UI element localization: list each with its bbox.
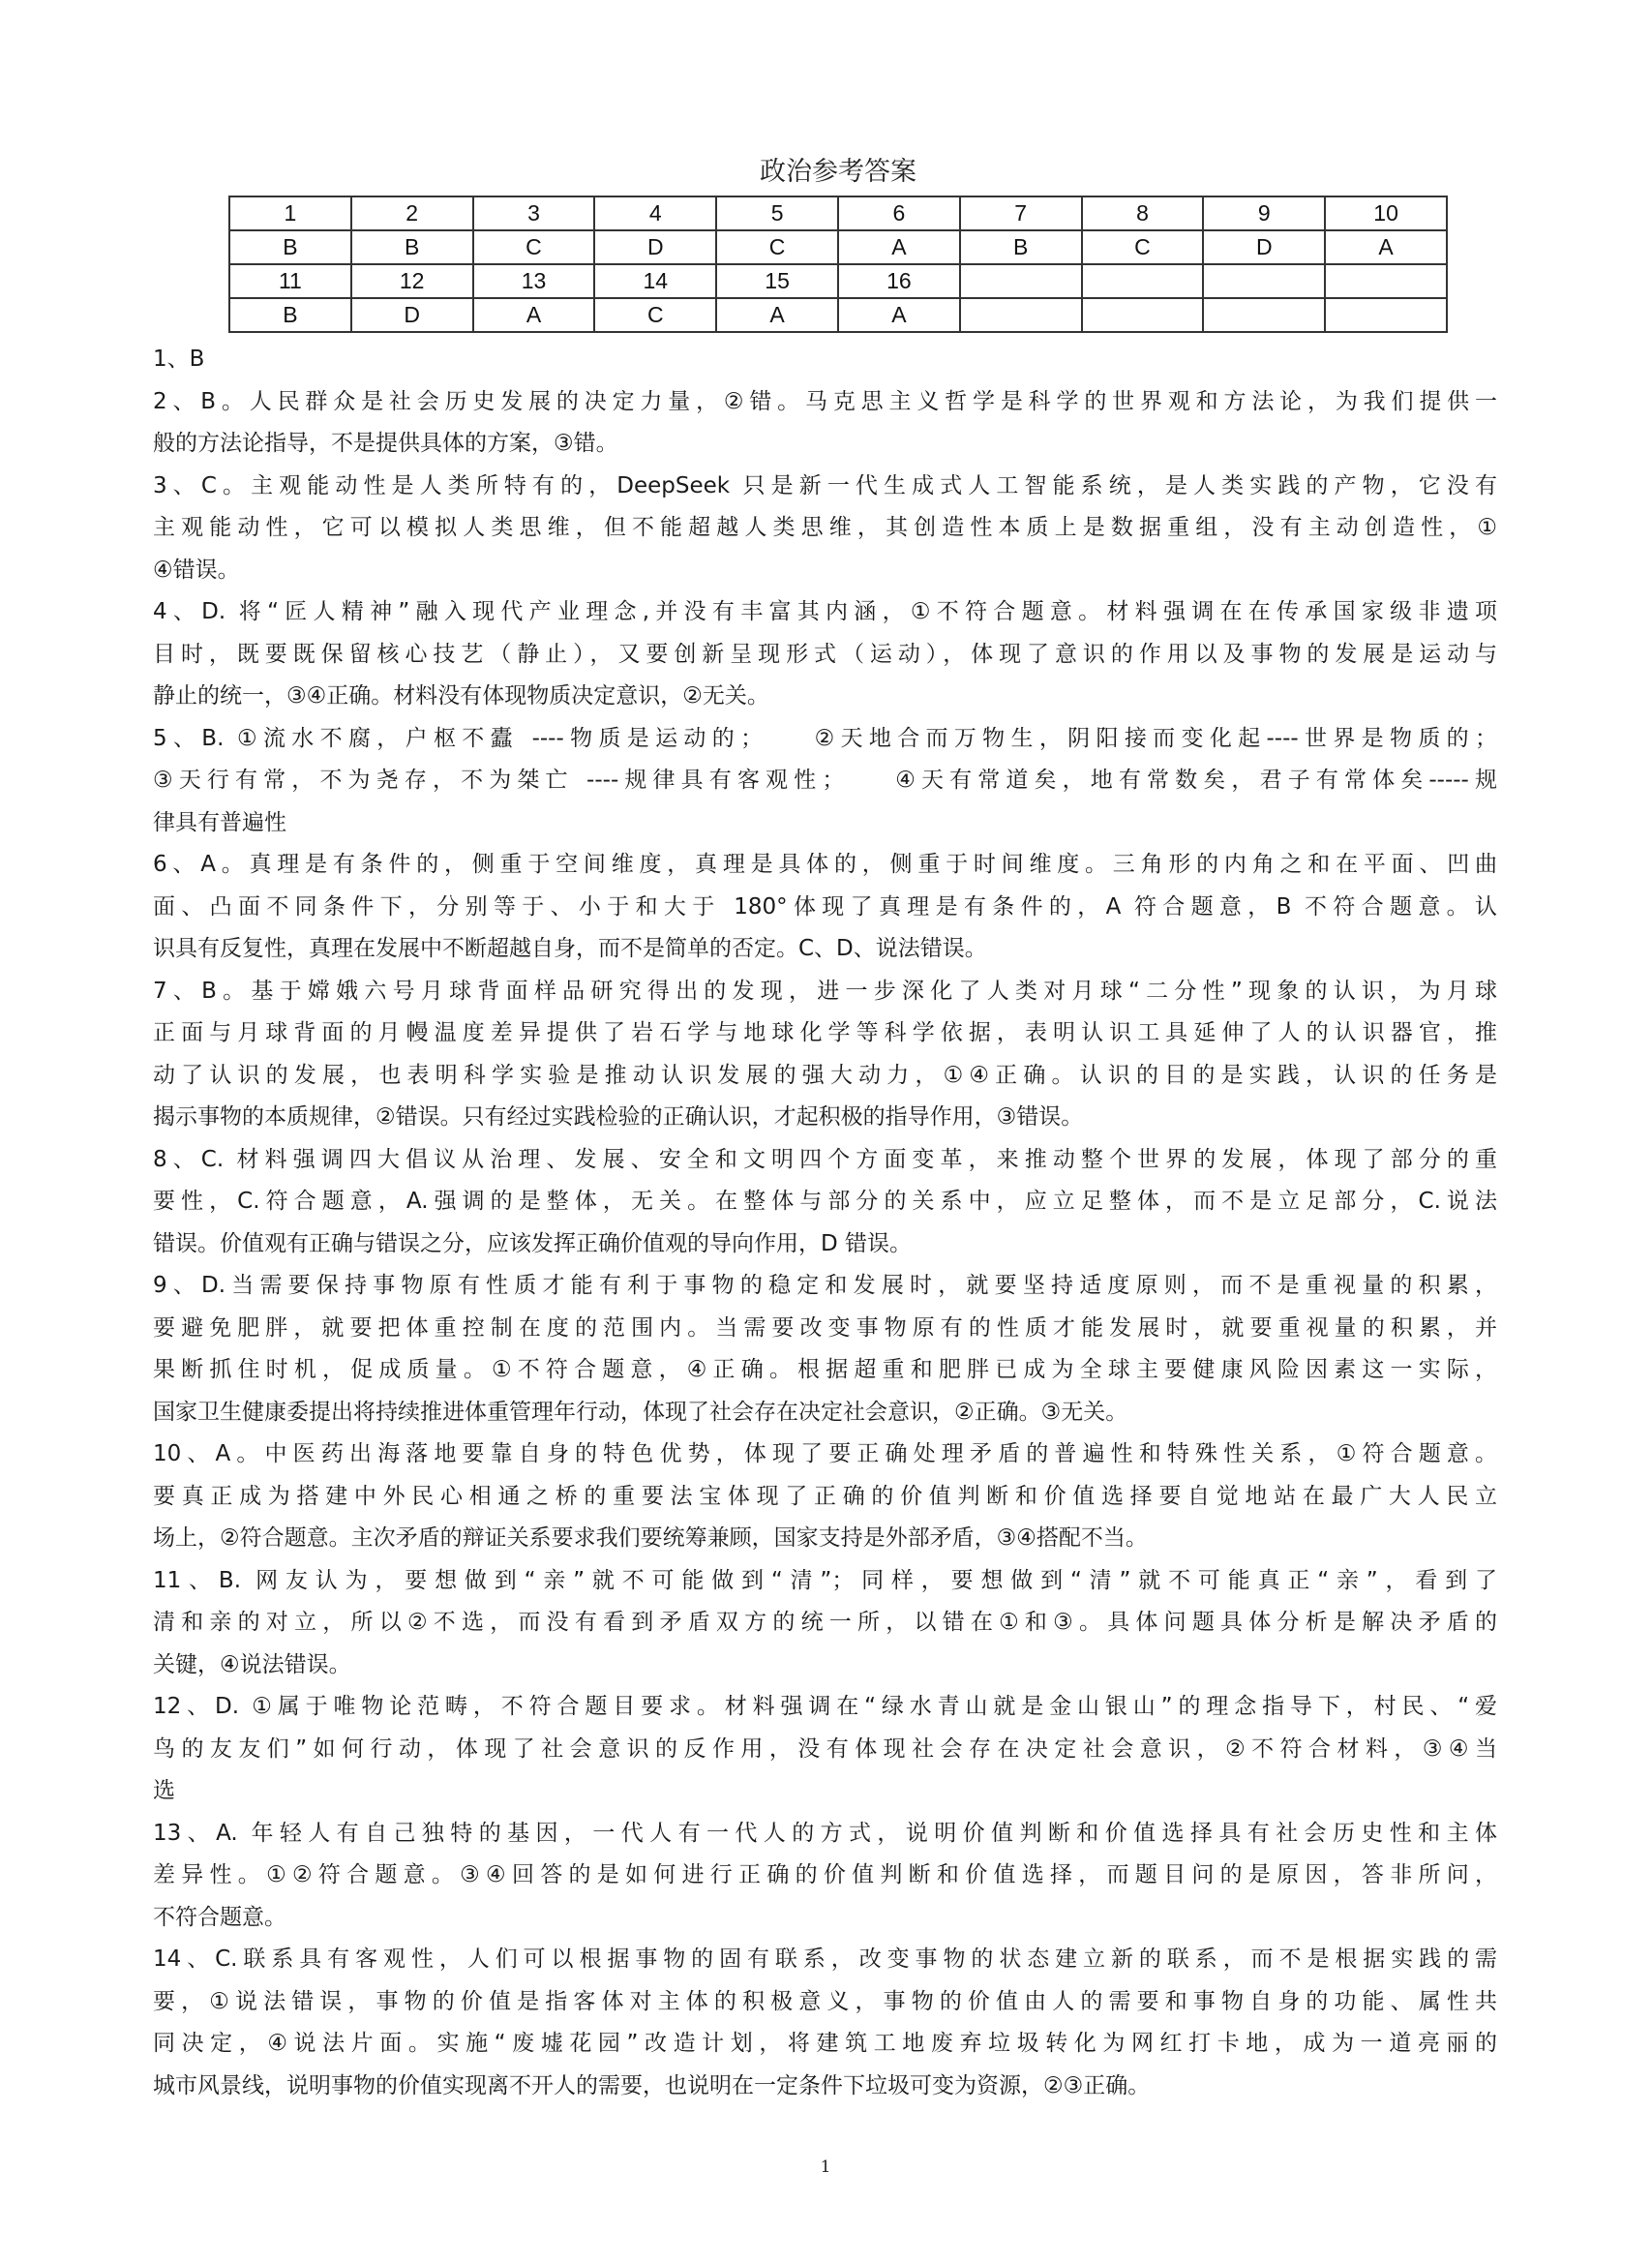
explanation-item-13: 13、A. 年轻人有自己独特的基因，一代人有一代人的方式，说明价值判断和价值选择…: [153, 1813, 1497, 1940]
answer-cell: C: [594, 298, 716, 332]
explanation-line: 1、B: [153, 339, 1497, 381]
explanation-line: 11、B. 网友认为，要想做到“亲”就不可能做到“清”；同样，要想做到“清”就不…: [153, 1560, 1497, 1603]
question-number-cell: 14: [594, 264, 716, 298]
explanation-line: 不符合题意。: [153, 1897, 1497, 1940]
explanation-line: 场上，②符合题意。主次矛盾的辩证关系要求我们要统筹兼顾，国家支持是外部矛盾，③④…: [153, 1518, 1497, 1560]
explanation-line: 果断抓住时机，促成质量。①不符合题意，④正确。根据超重和肥胖已成为全球主要健康风…: [153, 1349, 1497, 1392]
explanation-line: 差异性。①②符合题意。③④回答的是如何进行正确的价值判断和价值选择，而题目问的是…: [153, 1855, 1497, 1897]
explanation-line: 13、A. 年轻人有自己独特的基因，一代人有一代人的方式，说明价值判断和价值选择…: [153, 1813, 1497, 1856]
explanation-line: 10、A。中医药出海落地要靠自身的特色优势，体现了要正确处理矛盾的普遍性和特殊性…: [153, 1433, 1497, 1476]
explanation-item-3: 3、C。主观能动性是人类所特有的，DeepSeek 只是新一代生成式人工智能系统…: [153, 466, 1497, 592]
explanation-line: 律具有普遍性: [153, 802, 1497, 845]
question-number-cell: 1: [229, 196, 351, 230]
explanation-item-7: 7、B。基于嫦娥六号月球背面样品研究得出的发现，进一步深化了人类对月球“二分性”…: [153, 971, 1497, 1139]
answer-cell: D: [351, 298, 473, 332]
explanation-line: 般的方法论指导，不是提供具体的方案，③错。: [153, 423, 1497, 466]
explanation-line: 要，①说法错误，事物的价值是指客体对主体的积极意义，事物的价值由人的需要和事物自…: [153, 1981, 1497, 2024]
explanation-item-10: 10、A。中医药出海落地要靠自身的特色优势，体现了要正确处理矛盾的普遍性和特殊性…: [153, 1433, 1497, 1560]
answer-cell: D: [594, 230, 716, 264]
answer-cell: D: [1203, 230, 1325, 264]
answer-cell: A: [716, 298, 838, 332]
question-number-row: 12345678910: [229, 196, 1447, 230]
explanation-line: 城市风景线，说明事物的价值实现离不开人的需要，也说明在一定条件下垃圾可变为资源，…: [153, 2066, 1497, 2108]
page-number: 1: [777, 2155, 874, 2180]
explanation-line: 揭示事物的本质规律，②错误。只有经过实践检验的正确认识，才起积极的指导作用，③错…: [153, 1097, 1497, 1139]
explanations-section: 1、B2、B。人民群众是社会历史发展的决定力量，②错。马克思主义哲学是科学的世界…: [153, 339, 1497, 2107]
question-number-cell: 10: [1325, 196, 1447, 230]
question-number-cell: 9: [1203, 196, 1325, 230]
explanation-line: ④错误。: [153, 550, 1497, 592]
explanation-line: 目时，既要既保留核心技艺（静止），又要创新呈现形式（运动），体现了意识的作用以及…: [153, 634, 1497, 677]
explanation-item-5: 5、B. ①流水不腐，户枢不蠹 ----物质是运动的； ②天地合而万物生，阴阳接…: [153, 718, 1497, 845]
question-number-cell: 11: [229, 264, 351, 298]
explanation-line: 鸟的友友们”如何行动，体现了社会意识的反作用，没有体现社会存在决定社会意识，②不…: [153, 1729, 1497, 1771]
explanation-line: 4、D. 将“匠人精神”融入现代产业理念,并没有丰富其内涵，①不符合题意。材料强…: [153, 591, 1497, 634]
explanation-line: 要真正成为搭建中外民心相通之桥的重要法宝体现了正确的价值判断和价值选择要自觉地站…: [153, 1476, 1497, 1519]
explanation-line: 正面与月球背面的月幔温度差异提供了岩石学与地球化学等科学依据，表明认识工具延伸了…: [153, 1012, 1497, 1055]
question-number-cell: 4: [594, 196, 716, 230]
question-number-cell: [960, 264, 1082, 298]
question-number-row: 111213141516: [229, 264, 1447, 298]
answer-cell: C: [1082, 230, 1204, 264]
question-number-cell: 6: [838, 196, 960, 230]
explanation-line: 静止的统一，③④正确。材料没有体现物质决定意识，②无关。: [153, 676, 1497, 718]
explanation-line: ③天行有常，不为尧存，不为桀亡 ----规律具有客观性； ④天有常道矣，地有常数…: [153, 760, 1497, 802]
explanation-line: 面、凸面不同条件下，分别等于、小于和大于 180°体现了真理是有条件的，A 符合…: [153, 887, 1497, 929]
question-number-cell: [1082, 264, 1204, 298]
question-number-cell: 5: [716, 196, 838, 230]
explanation-line: 9、D.当需要保持事物原有性质才能有利于事物的稳定和发展时，就要坚持适度原则，而…: [153, 1265, 1497, 1308]
explanation-line: 14、C.联系具有客观性，人们可以根据事物的固有联系，改变事物的状态建立新的联系…: [153, 1939, 1497, 1981]
explanation-item-9: 9、D.当需要保持事物原有性质才能有利于事物的稳定和发展时，就要坚持适度原则，而…: [153, 1265, 1497, 1433]
question-number-cell: 3: [473, 196, 595, 230]
answer-cell: [1082, 298, 1204, 332]
explanation-item-11: 11、B. 网友认为，要想做到“亲”就不可能做到“清”；同样，要想做到“清”就不…: [153, 1560, 1497, 1687]
answer-cell: A: [473, 298, 595, 332]
explanation-line: 12、D. ①属于唯物论范畴，不符合题目要求。材料强调在“绿水青山就是金山银山”…: [153, 1686, 1497, 1729]
answer-cell: C: [473, 230, 595, 264]
explanation-line: 选: [153, 1770, 1497, 1813]
explanation-line: 8、C. 材料强调四大倡议从治理、发展、安全和文明四个方面变革，来推动整个世界的…: [153, 1139, 1497, 1182]
explanation-item-14: 14、C.联系具有客观性，人们可以根据事物的固有联系，改变事物的状态建立新的联系…: [153, 1939, 1497, 2107]
question-number-cell: 2: [351, 196, 473, 230]
explanation-line: 要性，C.符合题意，A.强调的是整体，无关。在整体与部分的关系中，应立足整体，而…: [153, 1181, 1497, 1223]
answer-cell: C: [716, 230, 838, 264]
question-number-cell: 13: [473, 264, 595, 298]
answer-cell: B: [229, 298, 351, 332]
question-number-cell: [1325, 264, 1447, 298]
explanation-line: 7、B。基于嫦娥六号月球背面样品研究得出的发现，进一步深化了人类对月球“二分性”…: [153, 971, 1497, 1013]
answer-cell: [1203, 298, 1325, 332]
answer-cell: [960, 298, 1082, 332]
answer-cell: B: [960, 230, 1082, 264]
answer-row: BDACAA: [229, 298, 1447, 332]
question-number-cell: 8: [1082, 196, 1204, 230]
explanation-item-12: 12、D. ①属于唯物论范畴，不符合题目要求。材料强调在“绿水青山就是金山银山”…: [153, 1686, 1497, 1813]
answer-cell: [1325, 298, 1447, 332]
explanation-line: 国家卫生健康委提出将持续推进体重管理年行动，体现了社会存在决定社会意识，②正确。…: [153, 1392, 1497, 1434]
explanation-item-2: 2、B。人民群众是社会历史发展的决定力量，②错。马克思主义哲学是科学的世界观和方…: [153, 381, 1497, 466]
explanation-line: 2、B。人民群众是社会历史发展的决定力量，②错。马克思主义哲学是科学的世界观和方…: [153, 381, 1497, 424]
answer-cell: A: [838, 230, 960, 264]
explanation-line: 错误。价值观有正确与错误之分，应该发挥正确价值观的导向作用，D 错误。: [153, 1223, 1497, 1266]
explanation-item-1: 1、B: [153, 339, 1497, 381]
explanation-line: 3、C。主观能动性是人类所特有的，DeepSeek 只是新一代生成式人工智能系统…: [153, 466, 1497, 508]
explanation-line: 5、B. ①流水不腐，户枢不蠹 ----物质是运动的； ②天地合而万物生，阴阳接…: [153, 718, 1497, 761]
question-number-cell: [1203, 264, 1325, 298]
explanation-line: 主观能动性，它可以模拟人类思维，但不能超越人类思维，其创造性本质上是数据重组，没…: [153, 507, 1497, 550]
question-number-cell: 12: [351, 264, 473, 298]
explanation-line: 清和亲的对立，所以②不选，而没有看到矛盾双方的统一所，以错在①和③。具体问题具体…: [153, 1602, 1497, 1644]
question-number-cell: 7: [960, 196, 1082, 230]
answer-cell: B: [351, 230, 473, 264]
explanation-line: 同决定，④说法片面。实施“废墟花园”改造计划，将建筑工地废弃垃圾转化为网红打卡地…: [153, 2023, 1497, 2066]
question-number-cell: 15: [716, 264, 838, 298]
explanation-line: 6、A。真理是有条件的，侧重于空间维度，真理是具体的，侧重于时间维度。三角形的内…: [153, 844, 1497, 887]
explanation-item-8: 8、C. 材料强调四大倡议从治理、发展、安全和文明四个方面变革，来推动整个世界的…: [153, 1139, 1497, 1266]
explanation-line: 动了认识的发展，也表明科学实验是推动认识发展的强大动力，①④正确。认识的目的是实…: [153, 1055, 1497, 1098]
explanation-item-6: 6、A。真理是有条件的，侧重于空间维度，真理是具体的，侧重于时间维度。三角形的内…: [153, 844, 1497, 971]
answer-cell: A: [1325, 230, 1447, 264]
answer-key-table: 12345678910BBCDCABCDA111213141516BDACAA: [228, 196, 1448, 333]
page-title: 政治参考答案: [228, 155, 1448, 190]
explanation-line: 关键，④说法错误。: [153, 1644, 1497, 1687]
answer-cell: A: [838, 298, 960, 332]
explanation-line: 要避免肥胖，就要把体重控制在度的范围内。当需要改变事物原有的性质才能发展时，就要…: [153, 1308, 1497, 1350]
answer-cell: B: [229, 230, 351, 264]
explanation-line: 识具有反复性，真理在发展中不断超越自身，而不是简单的否定。C、D、说法错误。: [153, 928, 1497, 971]
explanation-item-4: 4、D. 将“匠人精神”融入现代产业理念,并没有丰富其内涵，①不符合题意。材料强…: [153, 591, 1497, 718]
question-number-cell: 16: [838, 264, 960, 298]
answer-row: BBCDCABCDA: [229, 230, 1447, 264]
